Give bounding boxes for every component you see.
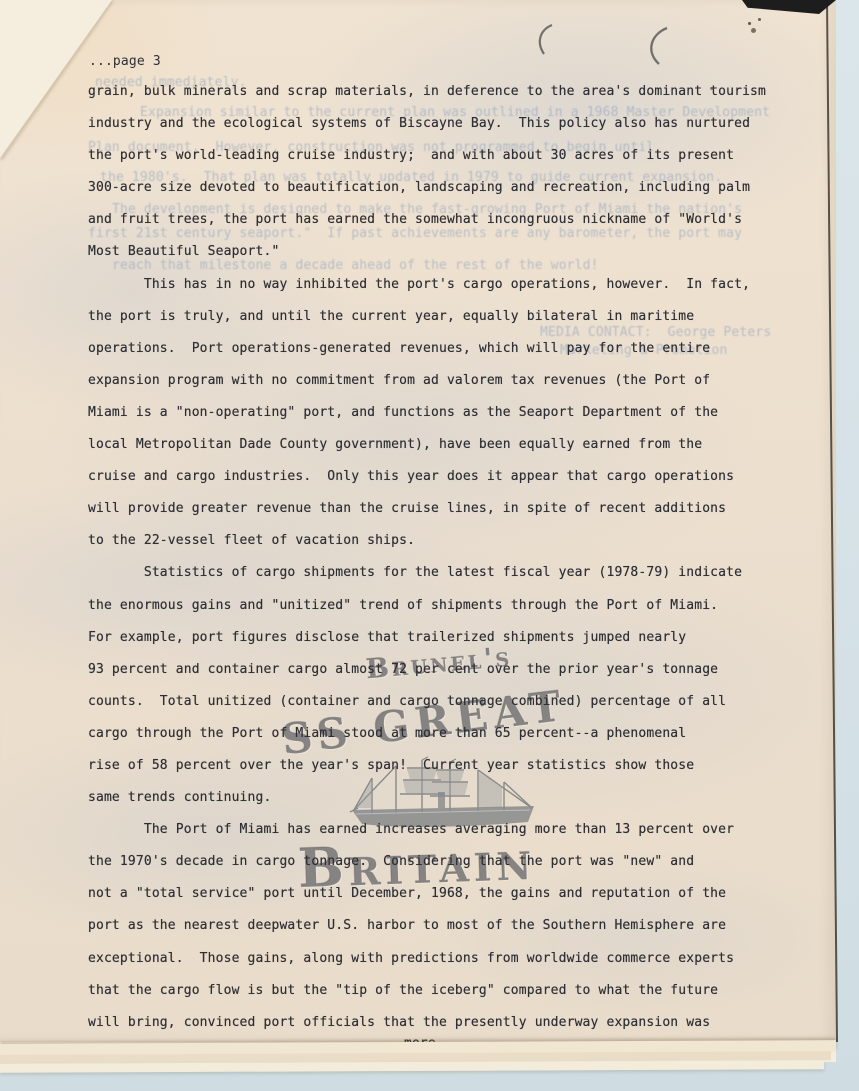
- text-line: 93 percent and container cargo almost 72…: [88, 654, 788, 686]
- text-line: not a "total service" port until Decembe…: [88, 878, 788, 910]
- pen-mark-right: [641, 26, 675, 68]
- text-line: port as the nearest deepwater U.S. harbo…: [88, 910, 788, 942]
- toner-specks: [748, 22, 751, 25]
- document-page: needed immediately. Expansion similar to…: [0, 0, 836, 1042]
- text-line: This has in no way inhibited the port's …: [88, 269, 788, 301]
- text-line: cargo through the Port of Miami stood at…: [88, 718, 788, 750]
- text-line: industry and the ecological systems of B…: [88, 108, 788, 140]
- text-line: rise of 58 percent over the year's span!…: [88, 750, 788, 782]
- scan-background: { "page": { "label": "...page 3", "foote…: [0, 0, 859, 1091]
- text-line: Statistics of cargo shipments for the la…: [88, 557, 788, 589]
- text-line: will provide greater revenue than the cr…: [88, 493, 788, 525]
- text-line: the enormous gains and "unitized" trend …: [88, 590, 788, 622]
- text-line: operations. Port operations-generated re…: [88, 333, 788, 365]
- text-line: the port's world-leading cruise industry…: [88, 140, 788, 172]
- text-line: Miami is a "non-operating" port, and fun…: [88, 397, 788, 429]
- text-line: counts. Total unitized (container and ca…: [88, 686, 788, 718]
- body-text: grain, bulk minerals and scrap materials…: [88, 76, 788, 1039]
- text-line: Most Beautiful Seaport.": [88, 236, 788, 268]
- page-number: ...page 3: [89, 54, 161, 69]
- text-line: cruise and cargo industries. Only this y…: [88, 461, 788, 493]
- text-line: will bring, convinced port officials tha…: [88, 1007, 788, 1039]
- text-line: 300-acre size devoted to beautification,…: [88, 172, 788, 204]
- text-line: local Metropolitan Dade County governmen…: [88, 429, 788, 461]
- text-line: The Port of Miami has earned increases a…: [88, 814, 788, 846]
- text-line: exceptional. Those gains, along with pre…: [88, 943, 788, 975]
- text-line: and fruit trees, the port has earned the…: [88, 204, 788, 236]
- text-line: grain, bulk minerals and scrap materials…: [88, 76, 788, 108]
- text-line: expansion program with no commitment fro…: [88, 365, 788, 397]
- pen-mark-left: [530, 22, 560, 58]
- text-line: same trends continuing.: [88, 782, 788, 814]
- text-line: that the cargo flow is but the "tip of t…: [88, 975, 788, 1007]
- text-line: to the 22-vessel fleet of vacation ships…: [88, 525, 788, 557]
- text-line: For example, port figures disclose that …: [88, 622, 788, 654]
- text-line: the 1970's decade in cargo tonnage. Cons…: [88, 846, 788, 878]
- text-line: the port is truly, and until the current…: [88, 301, 788, 333]
